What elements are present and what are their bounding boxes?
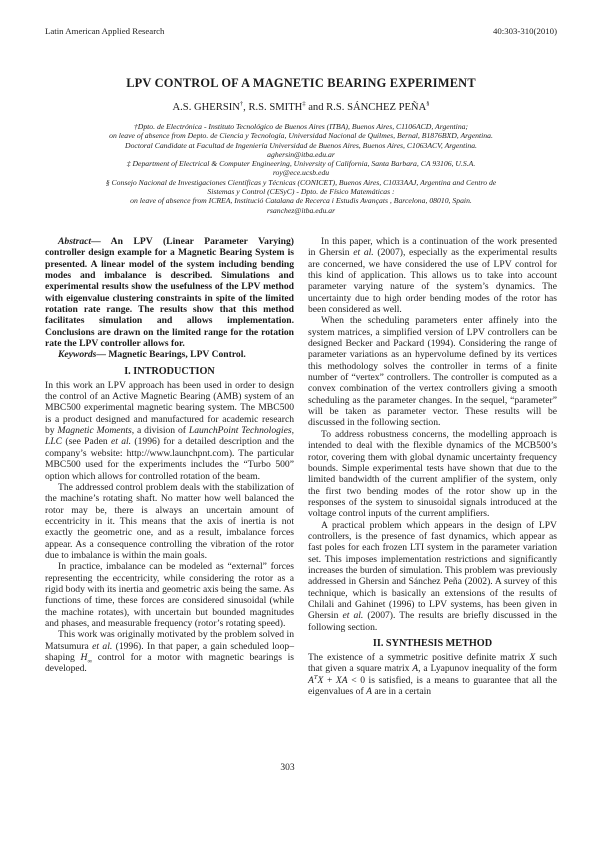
affiliation-line: Doctoral Candidate at Facultad de Ingeni… xyxy=(45,141,557,150)
page-number: 303 xyxy=(0,763,575,773)
intro-paragraph-7: To address robustness concerns, the mode… xyxy=(308,429,557,520)
section-heading-introduction: I. INTRODUCTION xyxy=(45,366,294,377)
synthesis-paragraph-1: The existence of a symmetric positive de… xyxy=(308,652,557,697)
intro-paragraph-8: A practical problem which appears in the… xyxy=(308,520,557,633)
journal-name: Latin American Applied Research xyxy=(45,26,164,36)
intro-paragraph-2: The addressed control problem deals with… xyxy=(45,482,294,561)
authors-line: A.S. GHERSIN†, R.S. SMITH‡ and R.S. SÁNC… xyxy=(45,102,557,113)
keywords-line: Keywords— Magnetic Bearings, LPV Control… xyxy=(45,349,294,360)
affiliation-line: †Dpto. de Electrónica - Instituto Tecnol… xyxy=(45,122,557,131)
intro-paragraph-5: In this paper, which is a continuation o… xyxy=(308,236,557,315)
affiliation-line: ‡ Department of Electrical & Computer En… xyxy=(45,159,557,168)
paper-title: LPV CONTROL OF A MAGNETIC BEARING EXPERI… xyxy=(45,76,557,91)
author-email: roy@ece.ucsb.edu xyxy=(45,168,557,177)
left-column: Abstract— An LPV (Linear Parameter Varyi… xyxy=(45,236,294,697)
paper-page: Latin American Applied Research 40:303-3… xyxy=(0,0,595,842)
two-column-body: Abstract— An LPV (Linear Parameter Varyi… xyxy=(45,236,557,697)
intro-paragraph-1: In this work an LPV approach has been us… xyxy=(45,380,294,482)
affiliation-line: Sistemas y Control (CESyC) - Dpto. de Fí… xyxy=(45,187,557,196)
affiliation-line: on leave of absence from ICREA, Instituc… xyxy=(45,196,557,205)
right-column: In this paper, which is a continuation o… xyxy=(308,236,557,697)
affiliation-line: on leave of absence from Depto. de Cienc… xyxy=(45,131,557,140)
author-email: aghersin@itba.edu.ar xyxy=(45,150,557,159)
abstract-paragraph: Abstract— An LPV (Linear Parameter Varyi… xyxy=(45,236,294,349)
section-heading-synthesis-method: II. SYNTHESIS METHOD xyxy=(308,638,557,649)
affiliations-block: †Dpto. de Electrónica - Instituto Tecnol… xyxy=(45,122,557,215)
author-email: rsanchez@itba.edu.ar xyxy=(45,206,557,215)
intro-paragraph-4: This work was originally motivated by th… xyxy=(45,629,294,674)
journal-citation: 40:303-310(2010) xyxy=(493,26,557,36)
running-head: Latin American Applied Research 40:303-3… xyxy=(45,26,557,36)
intro-paragraph-6: When the scheduling parameters enter aff… xyxy=(308,315,557,428)
affiliation-line: § Consejo Nacional de Investigaciones Ci… xyxy=(45,178,557,187)
intro-paragraph-3: In practice, imbalance can be modeled as… xyxy=(45,561,294,629)
